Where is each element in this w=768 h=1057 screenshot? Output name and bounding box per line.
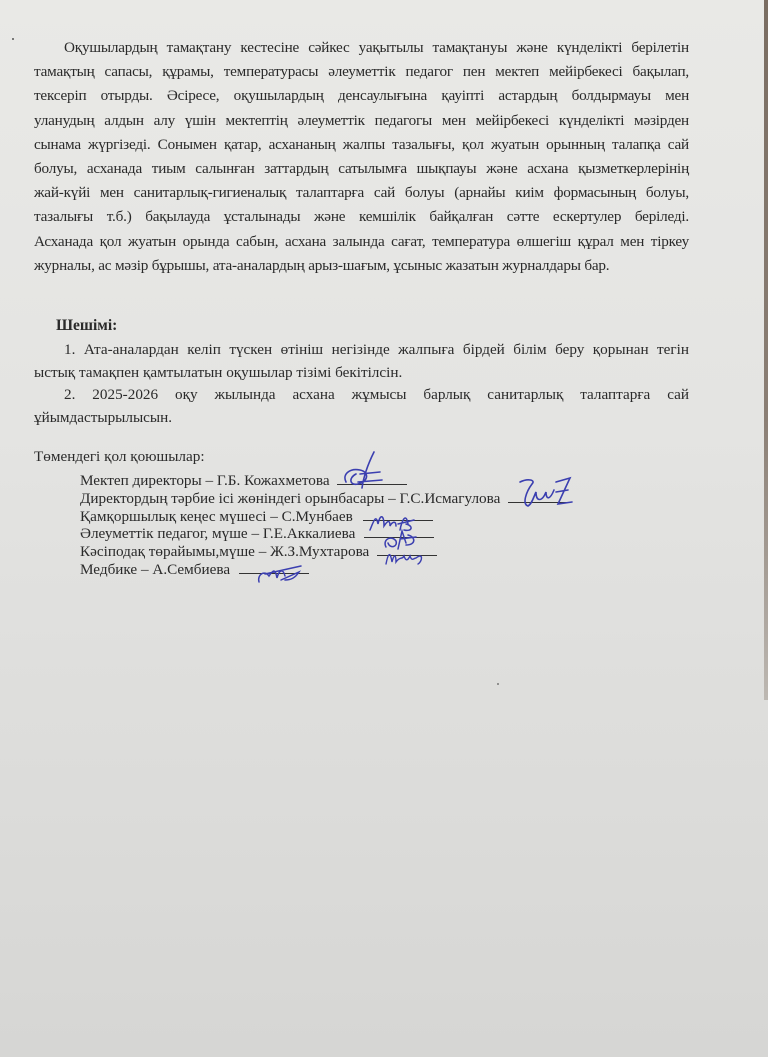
decision-item-1-line: 1. Ата-аналардан келіп түскен өтініш нег…	[34, 339, 689, 362]
paragraph-line: болуы, асханада тиым салынған заттардың …	[34, 157, 689, 181]
signature-line	[377, 543, 437, 556]
paragraph-line: Асханада қол жуатын орында сабын, асхана…	[34, 230, 689, 254]
paragraph-line: Оқушылардың тамақтану кестесіне сәйкес у…	[34, 36, 689, 60]
paper-edge-shadow	[764, 0, 768, 700]
signer-name: Әлеуметтік педагог, мүше – Г.Е.Аккалиева	[80, 525, 355, 542]
signer-row: Кәсіподақ төрайымы,мүше – Ж.З.Мухтарова	[80, 543, 570, 561]
paragraph-line: сынама жүргізеді. Сонымен қатар, асханан…	[34, 133, 689, 157]
signer-name: Медбике – А.Сембиева	[80, 561, 230, 578]
decision-item-2-line: ұйымдастырылысын.	[34, 407, 689, 430]
signer-row: Әлеуметтік педагог, мүше – Г.Е.Аккалиева	[80, 525, 570, 543]
signer-name: Мектеп директоры – Г.Б. Кожахметова	[80, 472, 330, 489]
paragraph-line: тексеріп отырды. Әсіресе, оқушылардың де…	[34, 84, 689, 108]
signature-line	[363, 508, 433, 521]
signer-name: Директордың тәрбие ісі жөніндегі орынбас…	[80, 490, 500, 507]
decision-item-1-line: ыстық тамақпен қамтылатын оқушылар тізім…	[34, 362, 689, 385]
paragraph-line: уланудың алдын алу үшін мектептің әлеуме…	[34, 109, 689, 133]
signature-line	[337, 472, 407, 485]
decision-list: 1. Ата-аналардан келіп түскен өтініш нег…	[34, 339, 689, 429]
intro-paragraph: Оқушылардың тамақтану кестесіне сәйкес у…	[34, 36, 689, 278]
paragraph-line: жай-күйі мен санитарлық-гигиеналық талап…	[34, 181, 689, 205]
document-page: Оқушылардың тамақтану кестесіне сәйкес у…	[0, 0, 768, 1057]
decision-item-2-line: 2. 2025-2026 оқу жылында асхана жұмысы б…	[34, 384, 689, 407]
signer-row: Қамқоршылық кеңес мүшесі – С.Мунбаев	[80, 508, 570, 526]
signer-name: Қамқоршылық кеңес мүшесі – С.Мунбаев	[80, 508, 353, 525]
signers-list: Мектеп директоры – Г.Б. Кожахметова Дире…	[80, 472, 570, 579]
signature-line	[508, 490, 570, 503]
signer-row: Директордың тәрбие ісі жөніндегі орынбас…	[80, 490, 570, 508]
decision-heading: Шешімі:	[56, 317, 117, 335]
paragraph-line: журналы, ас мәзір бұрышы, ата-аналардың …	[34, 254, 689, 278]
paragraph-line: тазалығы т.б.) бақылауда ұсталынады және…	[34, 205, 689, 229]
signer-name: Кәсіподақ төрайымы,мүше – Ж.З.Мухтарова	[80, 543, 369, 560]
signer-row: Медбике – А.Сембиева	[80, 561, 570, 579]
paragraph-line: тамақтың сапасы, құрамы, температурасы ә…	[34, 60, 689, 84]
speck-mark	[12, 38, 14, 40]
signer-row: Мектеп директоры – Г.Б. Кожахметова	[80, 472, 570, 490]
signers-title: Төмендегі қол қоюшылар:	[34, 448, 205, 466]
signature-line	[364, 525, 434, 538]
signature-line	[239, 561, 309, 574]
speck-mark	[497, 683, 499, 685]
